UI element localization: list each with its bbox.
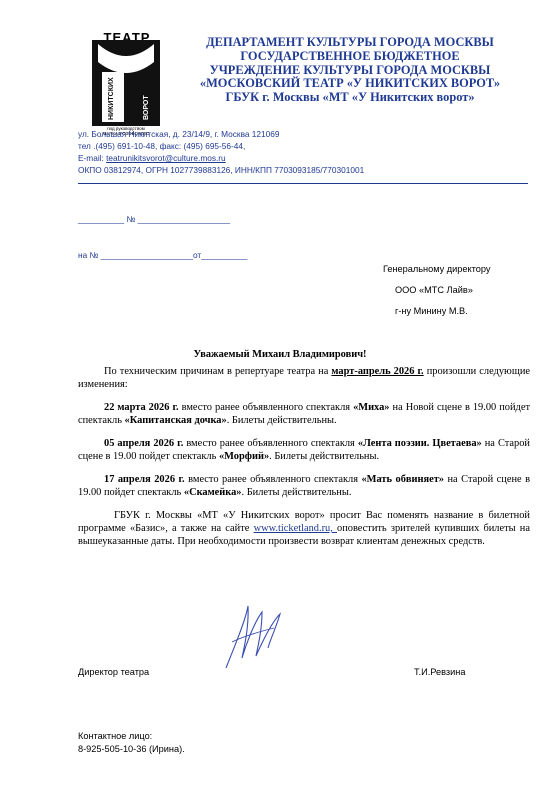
ticketland-link[interactable]: www.ticketland.ru, — [254, 523, 337, 534]
handwritten-signature-icon — [218, 598, 288, 673]
address: ул. Большая Никитская, д. 23/14/9, г. Мо… — [78, 128, 364, 140]
intro-paragraph: По техническим причинам в репертуаре теа… — [78, 365, 530, 391]
header-line: ДЕПАРТАМЕНТ КУЛЬТУРЫ ГОРОДА МОСКВЫ — [185, 36, 515, 50]
email-line: E-mail: teatrunikitsvorot@culture.mos.ru — [78, 152, 364, 164]
svg-text:ВОРОТ: ВОРОТ — [143, 95, 150, 120]
header-line: ГБУК г. Москвы «МТ «У Никитских ворот» — [185, 91, 515, 105]
header-line: ГОСУДАРСТВЕННОЕ БЮДЖЕТНОЕ — [185, 50, 515, 64]
change-paragraph: 22 марта 2026 г. вместо ранее объявленно… — [78, 401, 530, 427]
svg-text:НИКИТСКИХ: НИКИТСКИХ — [108, 77, 115, 120]
phone-fax: тел .(495) 691-10-48, факс: (495) 695-56… — [78, 140, 364, 152]
header-line: УЧРЕЖДЕНИЕ КУЛЬТУРЫ ГОРОДА МОСКВЫ — [185, 64, 515, 78]
addressee-company: ООО «МТС Лайв» — [383, 280, 490, 301]
theatre-logo-icon: НИКИТСКИХ ВОРОТ — [88, 28, 164, 128]
registration-fields: __________ № ____________________ на № _… — [78, 189, 247, 273]
addressee-position: Генеральному директору — [383, 259, 490, 280]
letter-body: По техническим причинам в репертуаре теа… — [78, 365, 530, 558]
header-line: «МОСКОВСКИЙ ТЕАТР «У НИКИТСКИХ ВОРОТ» — [185, 77, 515, 91]
requisites-block: ул. Большая Никитская, д. 23/14/9, г. Мо… — [78, 128, 364, 176]
registry-codes: ОКПО 03812974, ОГРН 1027739883126, ИНН/К… — [78, 164, 364, 176]
contact-label: Контактное лицо: — [78, 730, 185, 743]
change-paragraph: 17 апреля 2026 г. вместо ранее объявленн… — [78, 473, 530, 499]
email-link[interactable]: teatrunikitsvorot@culture.mos.ru — [106, 153, 226, 163]
divider — [78, 183, 528, 184]
request-paragraph: ГБУК г. Москвы «МТ «У Никитских ворот» п… — [78, 509, 530, 548]
signatory-title: Директор театра — [78, 667, 149, 677]
letterhead-title: ДЕПАРТАМЕНТ КУЛЬТУРЫ ГОРОДА МОСКВЫ ГОСУД… — [185, 36, 515, 105]
greeting: Уважаемый Михаил Владимирович! — [0, 349, 560, 360]
addressee-block: Генеральному директору ООО «МТС Лайв» г-… — [383, 259, 490, 322]
signatory-name: Т.И.Ревзина — [414, 667, 465, 677]
change-paragraph: 05 апреля 2026 г. вместо ранее объявленн… — [78, 437, 530, 463]
contact-block: Контактное лицо: 8-925-505-10-36 (Ирина)… — [78, 730, 185, 756]
addressee-name: г-ну Минину М.В. — [383, 301, 490, 322]
contact-phone: 8-925-505-10-36 (Ирина). — [78, 743, 185, 756]
